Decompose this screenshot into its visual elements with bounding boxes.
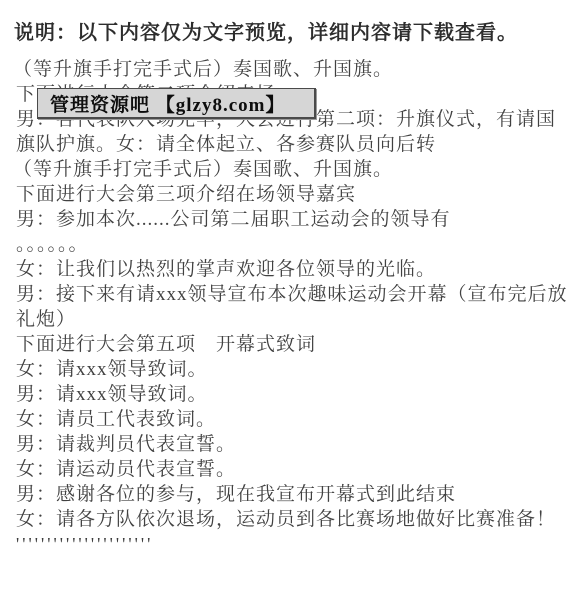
preview-line: 男：参加本次......公司第二届职工运动会的领导有 xyxy=(16,207,572,232)
preview-line: 女：请各方队依次退场，运动员到各比赛场地做好比赛准备！ xyxy=(16,507,572,532)
preview-line: 礼炮） xyxy=(16,307,572,332)
watermark-overlay-box: 管理资源吧 【glzy8.com】 xyxy=(37,88,316,119)
preview-line: 男：感谢各位的参与，现在我宣布开幕式到此结束 xyxy=(16,482,572,507)
preview-line: （等升旗手打完手式后）奏国歌、升国旗。 xyxy=(13,57,572,82)
watermark-site-label: 管理资源吧 【glzy8.com】 xyxy=(50,90,285,117)
preview-line: 下面进行大会第三项介绍在场领导嘉宾 xyxy=(16,182,572,207)
preview-line: 男：请裁判员代表宣誓。 xyxy=(16,432,572,457)
preview-line: 下面进行大会第五项 开幕式致词 xyxy=(16,332,572,357)
preview-line-ellipsis: '''''''''''''''''''''' xyxy=(16,532,572,557)
preview-line: 女：让我们以热烈的掌声欢迎各位领导的光临。 xyxy=(16,257,572,282)
preview-line: 男：请xxx领导致词。 xyxy=(16,382,572,407)
preview-notice: 说明：以下内容仅为文字预览，详细内容请下载查看。 xyxy=(14,16,518,45)
preview-line: 女：请运动员代表宣誓。 xyxy=(16,457,572,482)
preview-line: 女：请xxx领导致词。 xyxy=(16,357,572,382)
preview-line: 旗队护旗。女：请全体起立、各参赛队员向后转 xyxy=(16,132,572,157)
preview-line: 。。。。。。 xyxy=(16,232,572,257)
document-text-preview: （等升旗手打完手式后）奏国歌、升国旗。 下面进行大会第二项介绍来场 男：各代表队… xyxy=(16,57,572,557)
preview-line: 女：请员工代表致词。 xyxy=(16,407,572,432)
preview-line: （等升旗手打完手式后）奏国歌、升国旗。 xyxy=(13,157,572,182)
preview-line: 男：接下来有请xxx领导宣布本次趣味运动会开幕（宣布完后放 xyxy=(16,282,572,307)
